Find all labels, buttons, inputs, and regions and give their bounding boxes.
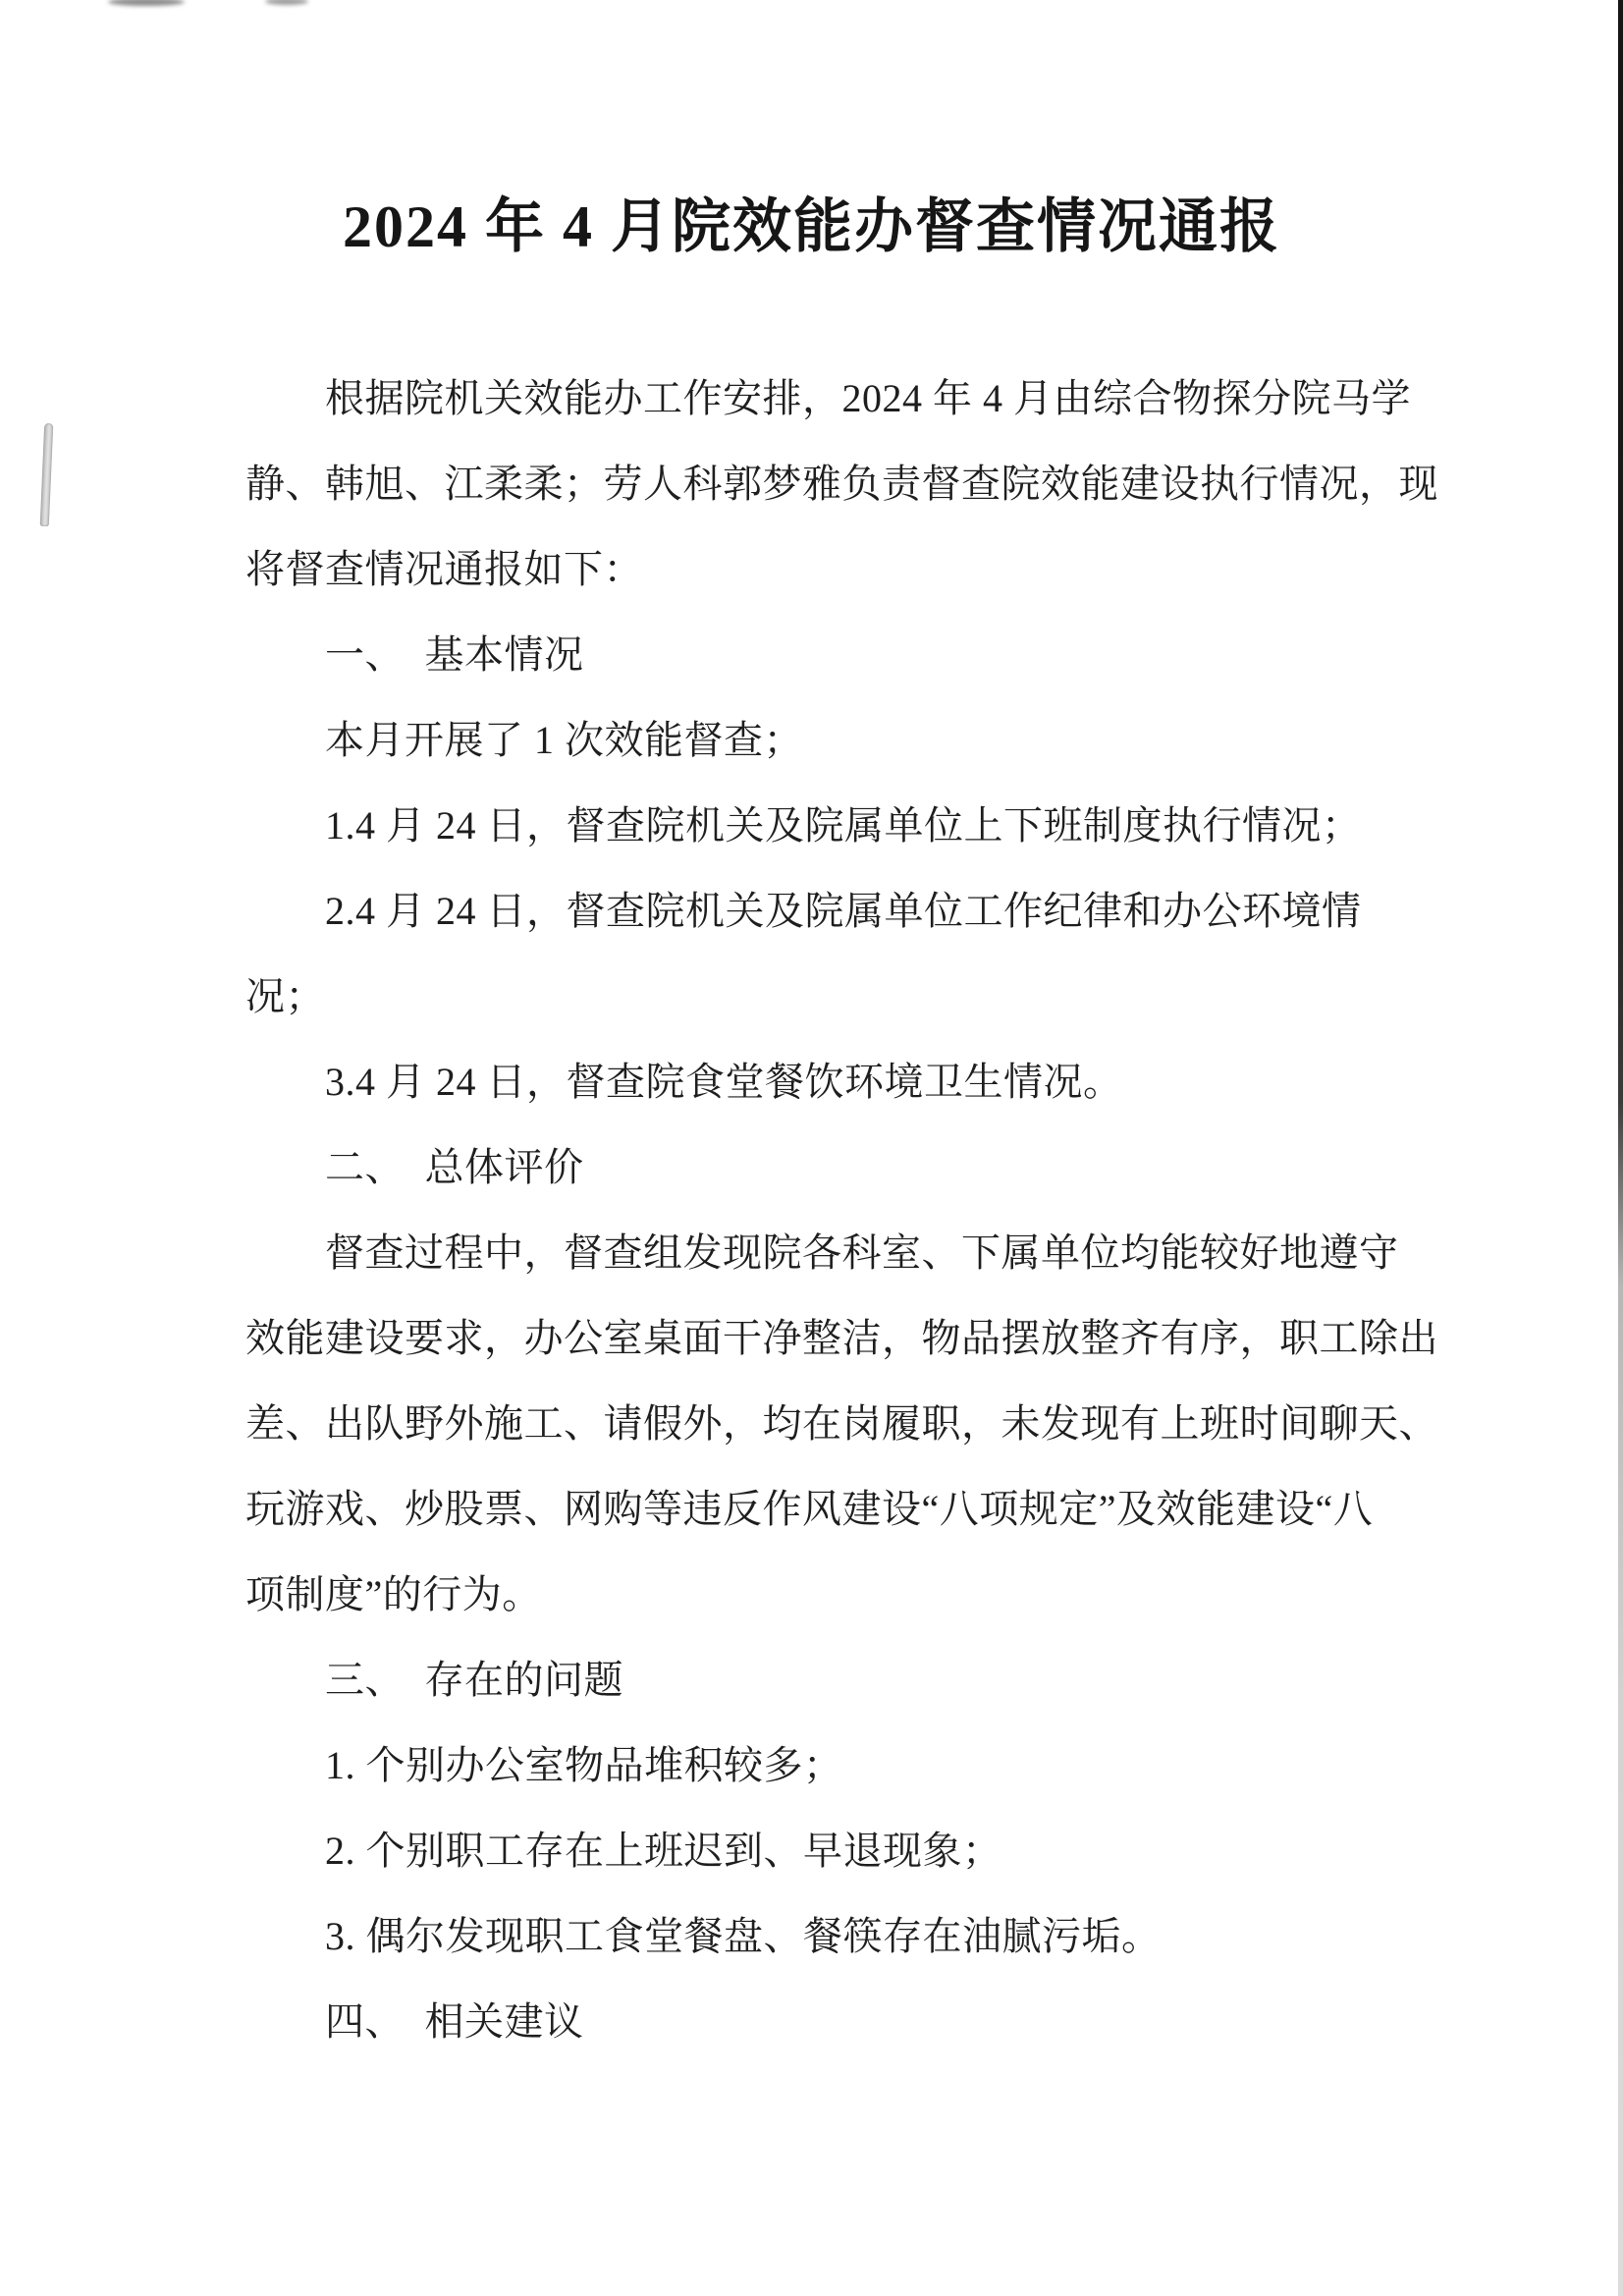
- document-body: 根据院机关效能办工作安排，2024 年 4 月由综合物探分院马学静、韩旭、江柔柔…: [245, 355, 1468, 2064]
- document-line: 根据院机关效能办工作安排，2024 年 4 月由综合物探分院马学: [245, 355, 1468, 441]
- document-line: 督查过程中，督查组发现院各科室、下属单位均能较好地遵守: [245, 1210, 1468, 1295]
- document-line: 2. 个别职工存在上班迟到、早退现象；: [245, 1808, 1468, 1893]
- scanned-document-page: 2024 年 4 月院效能办督查情况通报 根据院机关效能办工作安排，2024 年…: [0, 0, 1623, 2296]
- document-line: 3.4 月 24 日，督查院食堂餐饮环境卫生情况。: [245, 1039, 1468, 1124]
- document-line: 效能建设要求，办公室桌面干净整洁，物品摆放整齐有序，职工除出: [245, 1295, 1468, 1381]
- pen-mark-artifact: [40, 423, 54, 526]
- document-line: 四、 相关建议: [245, 1979, 1468, 2064]
- document-line: 玩游戏、炒股票、网购等违反作风建设“八项规定”及效能建设“八: [245, 1466, 1468, 1552]
- document-line: 2.4 月 24 日，督查院机关及院属单位工作纪律和办公环境情: [245, 868, 1468, 954]
- document-line: 3. 偶尔发现职工食堂餐盘、餐筷存在油腻污垢。: [245, 1893, 1468, 1979]
- document-line: 静、韩旭、江柔柔；劳人科郭梦雅负责督查院效能建设执行情况，现: [245, 441, 1468, 526]
- document-line: 二、 总体评价: [245, 1124, 1468, 1210]
- document-line: 项制度”的行为。: [245, 1552, 1468, 1637]
- document-line: 1.4 月 24 日，督查院机关及院属单位上下班制度执行情况；: [245, 783, 1468, 868]
- scan-smudge-artifact: [108, 0, 185, 6]
- document-line: 三、 存在的问题: [245, 1637, 1468, 1722]
- document-line: 一、 基本情况: [245, 612, 1468, 697]
- scan-edge-shadow: [1618, 0, 1623, 2296]
- document-title: 2024 年 4 月院效能办督查情况通报: [0, 180, 1623, 264]
- scan-smudge-artifact: [265, 0, 308, 5]
- document-line: 差、出队野外施工、请假外，均在岗履职，未发现有上班时间聊天、: [245, 1381, 1468, 1466]
- document-line: 将督查情况通报如下：: [245, 526, 1468, 612]
- document-line: 本月开展了 1 次效能督查；: [245, 697, 1468, 783]
- document-line: 1. 个别办公室物品堆积较多；: [245, 1722, 1468, 1808]
- document-line: 况；: [245, 954, 1468, 1039]
